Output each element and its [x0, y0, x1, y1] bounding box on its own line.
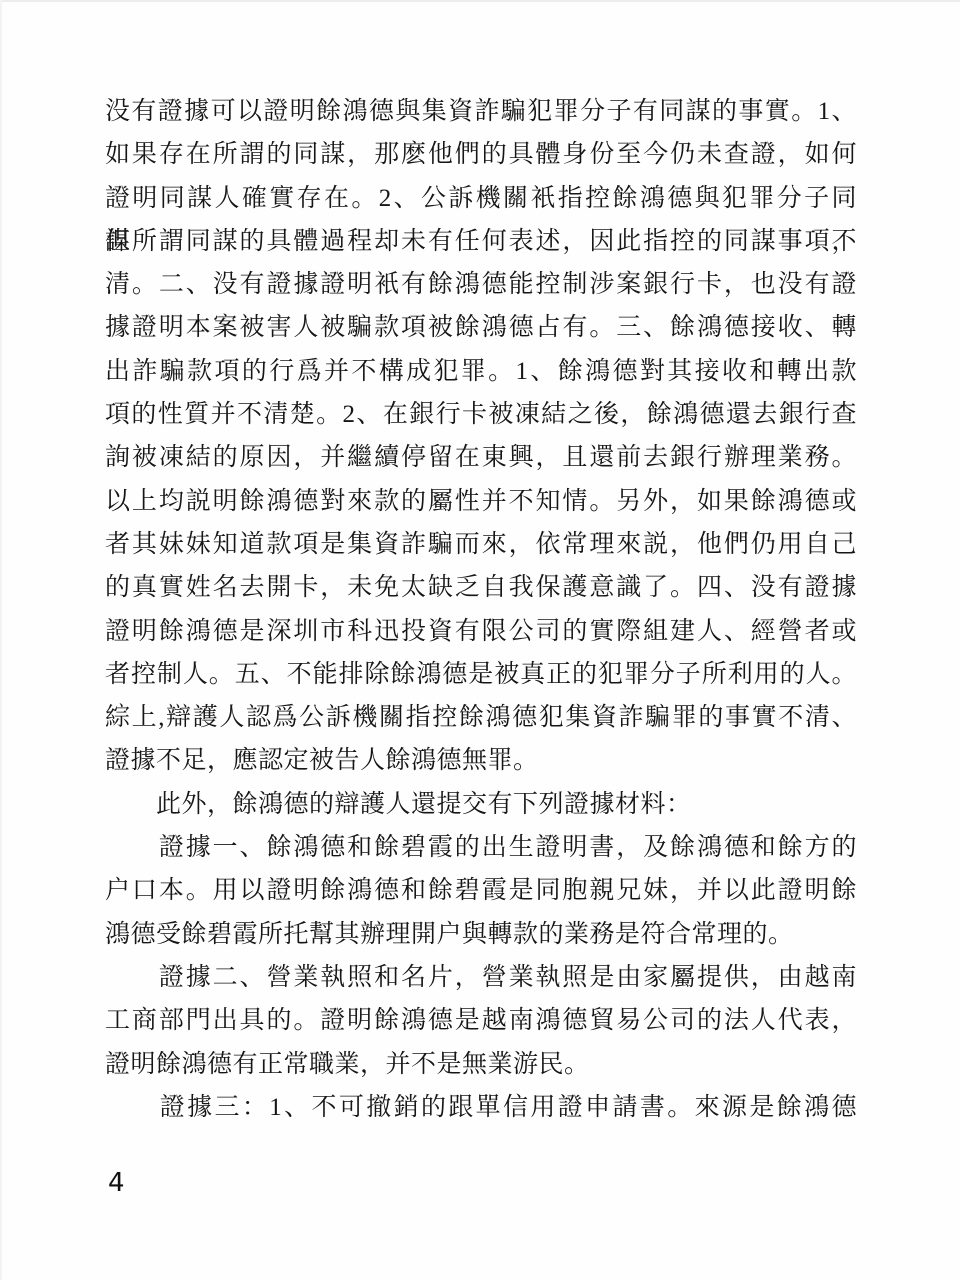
page-number: 4 — [108, 1168, 125, 1198]
text-line: 但所謂同謀的具體過程却未有任何表述，因此指控的同謀事項不 — [105, 220, 857, 263]
text-line: 出詐騙款項的行爲并不構成犯罪。1、餘鴻德對其接收和轉出款 — [105, 350, 857, 393]
scan-edge-left — [0, 0, 2, 1280]
text-line: 户口本。用以證明餘鴻德和餘碧霞是同胞親兄妹，并以此證明餘 — [105, 869, 857, 912]
document-body: 没有證據可以證明餘鴻德與集資詐騙犯罪分子有同謀的事實。1、 如果存在所謂的同謀，… — [105, 90, 857, 1129]
text-line: 證據一、餘鴻德和餘碧霞的出生證明書，及餘鴻德和餘方的 — [105, 826, 857, 869]
text-line: 清。二、没有證據證明衹有餘鴻德能控制涉案銀行卡，也没有證 — [105, 263, 857, 306]
text-line: 如果存在所謂的同謀，那麽他們的具體身份至今仍未查證，如何 — [105, 133, 857, 176]
text-line: 證據二、營業執照和名片，營業執照是由家屬提供，由越南 — [105, 956, 857, 999]
text-line: 詢被凍結的原因，并繼續停留在東興，且還前去銀行辦理業務。 — [105, 436, 857, 479]
text-line: 證據不足，應認定被告人餘鴻德無罪。 — [105, 739, 857, 782]
text-line: 綜上,辯護人認爲公訴機關指控餘鴻德犯集資詐騙罪的事實不清、 — [105, 696, 857, 739]
text-line: 鴻德受餘碧霞所托幫其辦理開户與轉款的業務是符合常理的。 — [105, 913, 857, 956]
text-line: 没有證據可以證明餘鴻德與集資詐騙犯罪分子有同謀的事實。1、 — [105, 90, 857, 133]
text-line: 證據三：1、不可撤銷的跟單信用證申請書。來源是餘鴻德 — [105, 1086, 857, 1129]
text-line: 的真實姓名去開卡，未免太缺乏自我保護意識了。四、没有證據 — [105, 566, 857, 609]
text-line: 項的性質并不清楚。2、在銀行卡被凍結之後，餘鴻德還去銀行查 — [105, 393, 857, 436]
text-line: 者控制人。五、不能排除餘鴻德是被真正的犯罪分子所利用的人。 — [105, 653, 857, 696]
text-line: 證明同謀人確實存在。2、公訴機關衹指控餘鴻德與犯罪分子同謀， — [105, 177, 857, 220]
text-line: 者其妹妹知道款項是集資詐騙而來，依常理來説，他們仍用自己 — [105, 523, 857, 566]
text-line: 證明餘鴻德是深圳市科迅投資有限公司的實際組建人、經營者或 — [105, 610, 857, 653]
document-page: 没有證據可以證明餘鴻德與集資詐騙犯罪分子有同謀的事實。1、 如果存在所謂的同謀，… — [0, 0, 960, 1280]
text-line: 證明餘鴻德有正常職業，并不是無業游民。 — [105, 1043, 857, 1086]
scan-edge-top — [0, 0, 960, 2]
text-line: 此外，餘鴻德的辯護人還提交有下列證據材料： — [105, 783, 857, 826]
text-line: 以上均説明餘鴻德對來款的屬性并不知情。另外，如果餘鴻德或 — [105, 480, 857, 523]
text-line: 工商部門出具的。證明餘鴻德是越南鴻德貿易公司的法人代表， — [105, 999, 857, 1042]
text-line: 據證明本案被害人被騙款項被餘鴻德占有。三、餘鴻德接收、轉 — [105, 306, 857, 349]
